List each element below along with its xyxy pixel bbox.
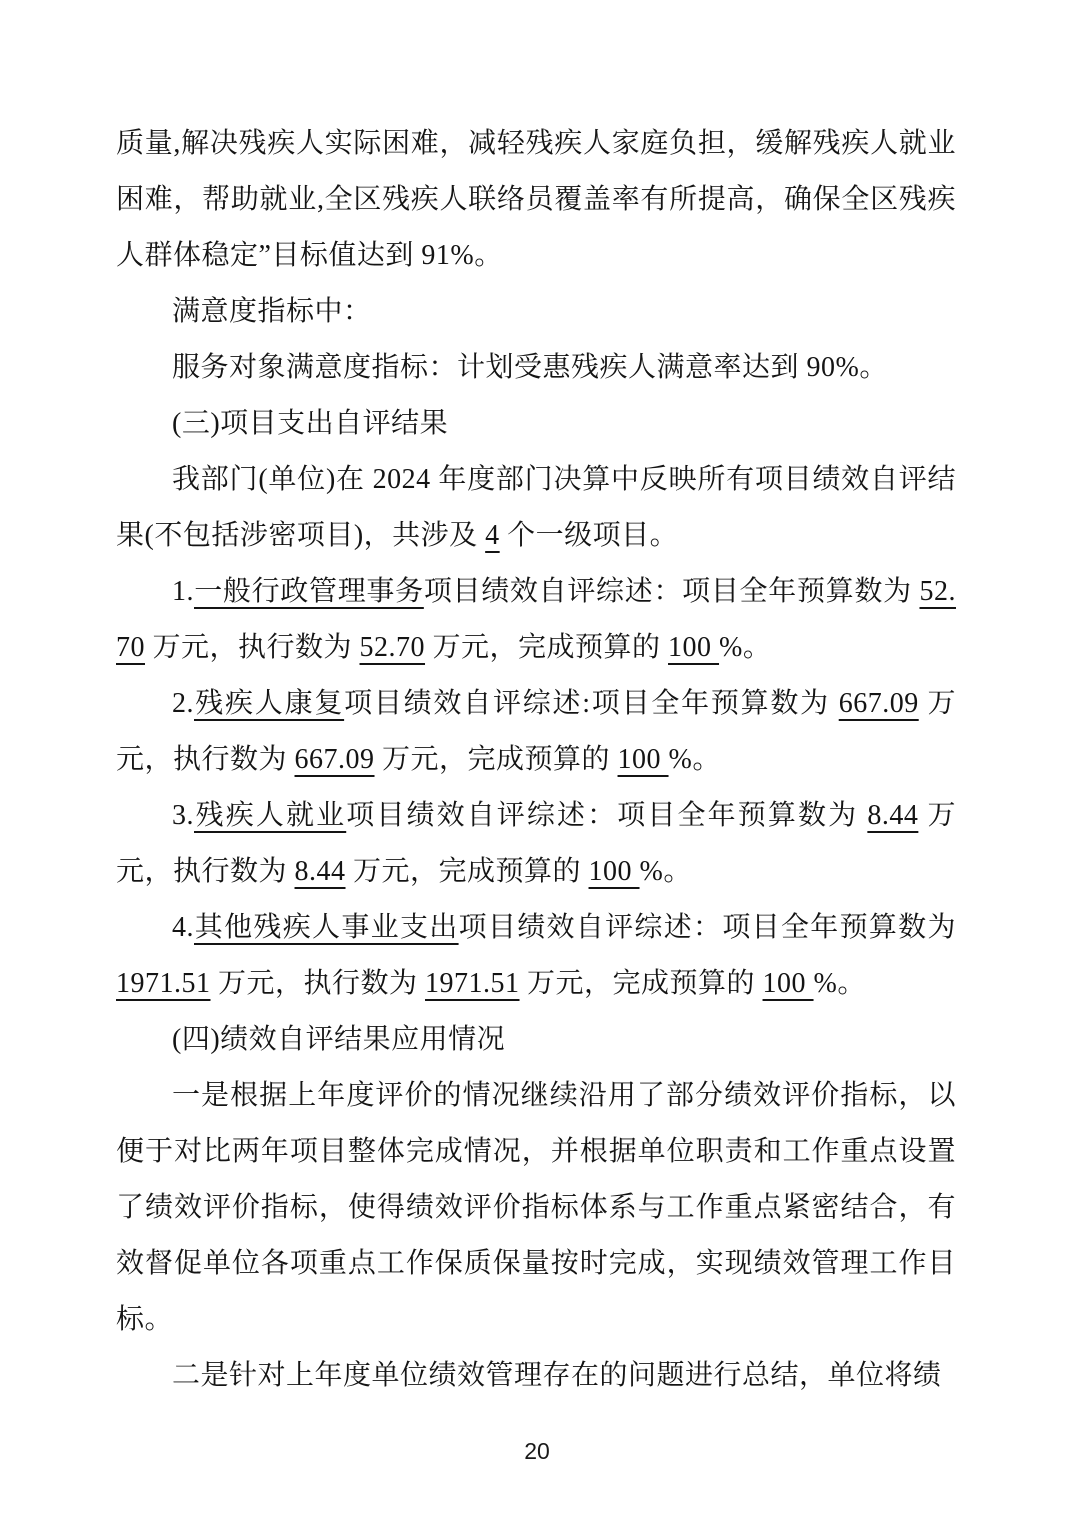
- text-run: (三)项目支出自评结果: [172, 408, 448, 439]
- text-run: 万元，完成预算的: [425, 632, 668, 663]
- text-run: 1.: [172, 576, 194, 607]
- text-run: 2.: [172, 688, 194, 719]
- text-run: 二是针对上年度单位绩效管理存在的问题进行总结，单位将绩: [172, 1360, 942, 1391]
- page-number: 20: [0, 1438, 1074, 1465]
- underlined-text: 100: [618, 744, 669, 775]
- paragraph: 3.残疾人就业项目绩效自评综述：项目全年预算数为 8.44 万元，执行数为 8.…: [116, 788, 956, 900]
- paragraph: 1.一般行政管理事务项目绩效自评综述：项目全年预算数为 52.70 万元，执行数…: [116, 564, 956, 676]
- underlined-text: 1971.51: [425, 968, 520, 999]
- underlined-text: 8.44: [295, 856, 346, 887]
- text-run: %。: [669, 744, 721, 775]
- text-run: 万元，执行数为: [211, 968, 426, 999]
- text-run: 项目绩效自评综述：项目全年预算数为: [424, 576, 920, 607]
- text-run: 项目绩效自评综述：项目全年预算数为: [346, 800, 867, 831]
- underlined-text: 667.09: [839, 688, 919, 719]
- paragraph: 一是根据上年度评价的情况继续沿用了部分绩效评价指标，以便于对比两年项目整体完成情…: [116, 1068, 956, 1348]
- paragraph: 二是针对上年度单位绩效管理存在的问题进行总结，单位将绩: [116, 1348, 956, 1404]
- document-page: 质量,解决残疾人实际困难，减轻残疾人家庭负担，缓解残疾人就业困难，帮助就业,全区…: [0, 0, 1074, 1520]
- text-run: 万元，完成预算的: [346, 856, 589, 887]
- text-run: (四)绩效自评结果应用情况: [172, 1024, 505, 1055]
- underlined-text: 4: [485, 520, 500, 551]
- paragraph: 质量,解决残疾人实际困难，减轻残疾人家庭负担，缓解残疾人就业困难，帮助就业,全区…: [116, 116, 956, 284]
- text-run: %。: [719, 632, 771, 663]
- text-run: 满意度指标中：: [172, 296, 372, 327]
- paragraph: 服务对象满意度指标：计划受惠残疾人满意率达到 90%。: [116, 340, 956, 396]
- text-run: 一是根据上年度评价的情况继续沿用了部分绩效评价指标，以便于对比两年项目整体完成情…: [116, 1080, 956, 1335]
- text-run: 项目绩效自评综述：项目全年预算数为: [459, 912, 956, 943]
- underlined-text: 1971.51: [116, 968, 211, 999]
- text-run: 项目绩效自评综述:项目全年预算数为: [344, 688, 839, 719]
- underlined-text: 残疾人就业: [194, 800, 346, 831]
- text-run: %。: [814, 968, 866, 999]
- paragraph: 满意度指标中：: [116, 284, 956, 340]
- text-run: 4.: [172, 912, 194, 943]
- underlined-text: 100: [668, 632, 719, 663]
- paragraph: (三)项目支出自评结果: [116, 396, 956, 452]
- underlined-text: 100: [763, 968, 814, 999]
- paragraph: 2.残疾人康复项目绩效自评综述:项目全年预算数为 667.09 万元，执行数为 …: [116, 676, 956, 788]
- text-run: 万元，完成预算的: [520, 968, 763, 999]
- text-run: 个一级项目。: [500, 520, 679, 551]
- text-run: 3.: [172, 800, 194, 831]
- paragraph: (四)绩效自评结果应用情况: [116, 1012, 956, 1068]
- text-run: 质量,解决残疾人实际困难，减轻残疾人家庭负担，缓解残疾人就业困难，帮助就业,全区…: [116, 128, 956, 271]
- underlined-text: 残疾人康复: [194, 688, 344, 719]
- underlined-text: 8.44: [867, 800, 918, 831]
- underlined-text: 52.70: [360, 632, 426, 663]
- text-run: %。: [640, 856, 692, 887]
- underlined-text: 其他残疾人事业支出: [194, 912, 459, 943]
- text-run: 万元，完成预算的: [375, 744, 618, 775]
- text-run: 服务对象满意度指标：计划受惠残疾人满意率达到 90%。: [172, 352, 888, 383]
- underlined-text: 一般行政管理事务: [194, 576, 424, 607]
- underlined-text: 667.09: [295, 744, 375, 775]
- document-body: 质量,解决残疾人实际困难，减轻残疾人家庭负担，缓解残疾人就业困难，帮助就业,全区…: [116, 116, 956, 1404]
- underlined-text: 100: [589, 856, 640, 887]
- paragraph: 我部门(单位)在 2024 年度部门决算中反映所有项目绩效自评结果(不包括涉密项…: [116, 452, 956, 564]
- paragraph: 4.其他残疾人事业支出项目绩效自评综述：项目全年预算数为 1971.51 万元，…: [116, 900, 956, 1012]
- text-run: 万元，执行数为: [145, 632, 360, 663]
